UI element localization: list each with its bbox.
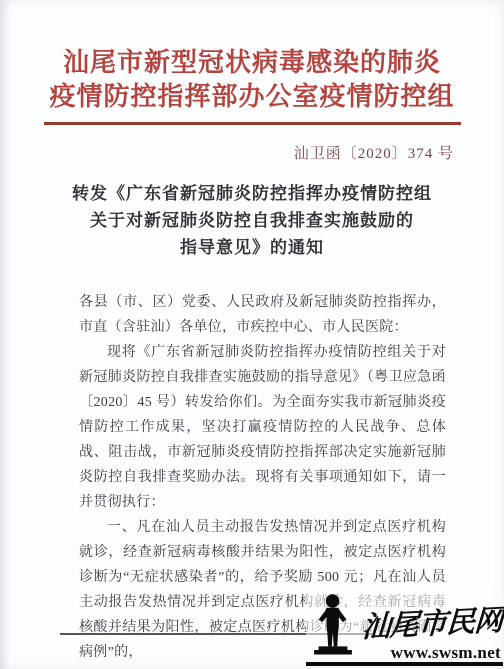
notice-title-line2: 关于对新冠肺炎防控自我排查实施鼓励的 [46, 207, 458, 234]
red-header-divider [44, 122, 461, 125]
person-statue-icon [306, 590, 360, 661]
notice-title-line1: 转发《广东省新冠肺炎防控指挥办疫情防控组 [46, 180, 458, 207]
document-number: 汕卫函〔2020〕374 号 [0, 142, 454, 163]
header-org-line2: 疫情防控指挥部办公室疫情防控组 [20, 80, 484, 114]
document-page: 汕尾市新型冠状病毒感染的肺炎 疫情防控指挥部办公室疫情防控组 汕卫函〔2020〕… [0, 0, 504, 669]
site-watermark: 汕尾市民网 www.swsm.net [306, 590, 503, 666]
notice-title: 转发《广东省新冠肺炎防控指挥办疫情防控组 关于对新冠肺炎防控自我排查实施鼓励的 … [46, 180, 458, 261]
header-org-line1: 汕尾市新型冠状病毒感染的肺炎 [20, 46, 484, 80]
watermark-text: 汕尾市民网 www.swsm.net [361, 614, 501, 661]
watermark-site-name: 汕尾市民网 [361, 607, 503, 643]
notice-title-line3: 指导意见》的通知 [46, 234, 458, 261]
document-header: 汕尾市新型冠状病毒感染的肺炎 疫情防控指挥部办公室疫情防控组 [20, 46, 484, 114]
scan-edge-shadow [0, 0, 10, 669]
body-paragraph-1: 现将《广东省新冠肺炎防控指挥办疫情防控组关于对新冠肺炎防控自我排查实施鼓励的指导… [79, 340, 446, 515]
watermark-site-url: www.swsm.net [391, 644, 501, 661]
addressee-paragraph: 各县（市、区）党委、人民政府及新冠肺炎防控指挥办，市直（含驻汕）各单位，市疾控中… [79, 290, 446, 340]
